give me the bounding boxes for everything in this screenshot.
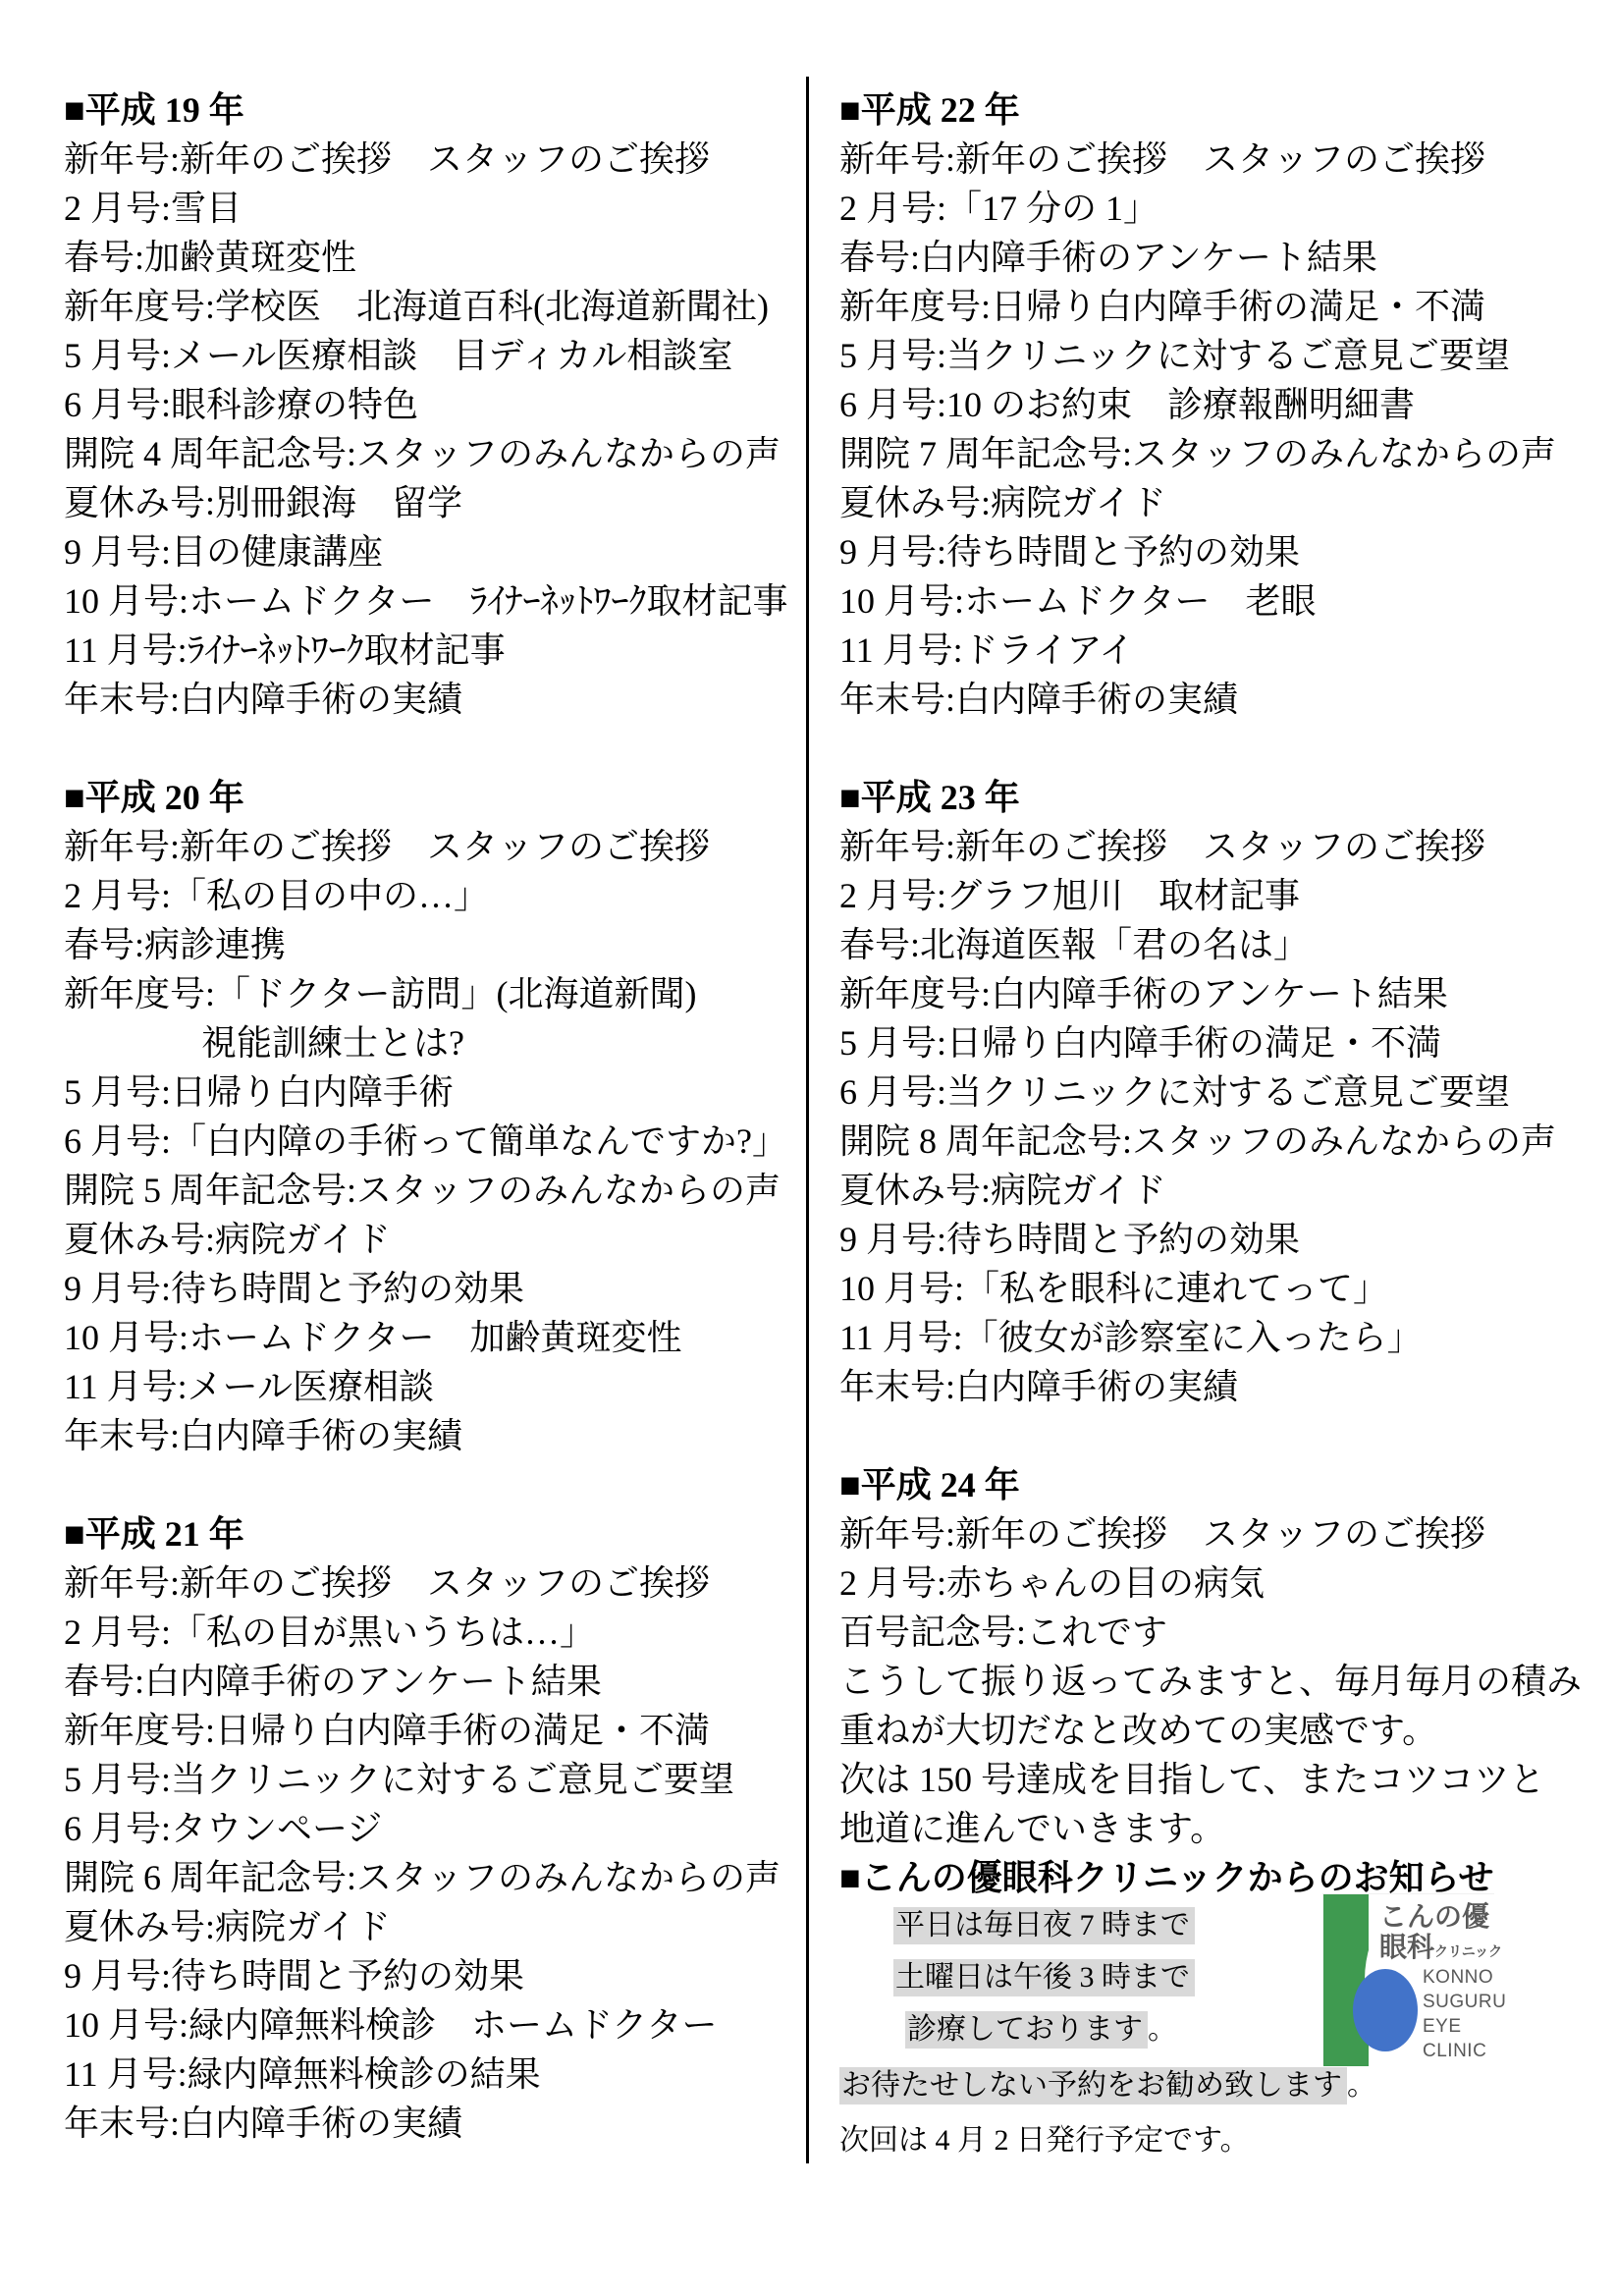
year-heading: ■平成 23 年 <box>839 773 1578 822</box>
issue-line: 新年度号:日帰り白内障手術の満足・不満 <box>64 1706 802 1755</box>
issue-line: 年末号:白内障手術の実績 <box>839 675 1578 724</box>
issue-line: 新年号:新年のご挨拶 スタッフのご挨拶 <box>64 135 802 184</box>
issue-line: 9 月号:待ち時間と予約の効果 <box>64 1951 802 2000</box>
year-section-h19: ■平成 19 年 新年号:新年のご挨拶 スタッフのご挨拶 2 月号:雪目 春号:… <box>64 85 802 724</box>
issue-line: 10 月号:ホームドクター 老眼 <box>839 576 1578 626</box>
issue-line: 10 月号:ホームドクター ﾗｲﾅｰﾈｯﾄﾜｰｸ取材記事 <box>64 576 802 626</box>
issue-line: 年末号:白内障手術の実績 <box>64 2099 802 2148</box>
issue-line: 春号:北海道医報「君の名は」 <box>839 920 1578 969</box>
logo-en-line: CLINIC <box>1423 2039 1506 2063</box>
issue-line: 10 月号:ホームドクター 加齢黄斑変性 <box>64 1313 802 1362</box>
line-tail: 。 <box>1347 2069 1376 2102</box>
issue-line: 春号:病診連携 <box>64 920 802 969</box>
issue-line: 夏休み号:別冊銀海 留学 <box>64 478 802 527</box>
issue-line: 新年号:新年のご挨拶 スタッフのご挨拶 <box>64 1558 802 1608</box>
logo-clinic-name-jp2: 眼科クリニック <box>1379 1926 1502 1965</box>
issue-line: 5 月号:メール医療相談 目ディカル相談室 <box>64 331 802 380</box>
closing-text-line: 重ねが大切だなと改めての実感です。 <box>839 1706 1578 1755</box>
logo-green-band <box>1323 1894 1369 2066</box>
issue-line: 9 月号:待ち時間と予約の効果 <box>839 527 1578 576</box>
issue-line: 新年号:新年のご挨拶 スタッフのご挨拶 <box>839 822 1578 871</box>
closing-text-line: 地道に進んでいきます。 <box>839 1804 1578 1853</box>
issue-line: 11 月号:ドライアイ <box>839 626 1578 675</box>
highlighted-text: 平日は毎日夜 7 時まで <box>893 1907 1195 1944</box>
issue-line: 新年号:新年のご挨拶 スタッフのご挨拶 <box>64 822 802 871</box>
issue-line: 2 月号:赤ちゃんの目の病気 <box>839 1558 1578 1608</box>
year-section-h24: ■平成 24 年 新年号:新年のご挨拶 スタッフのご挨拶 2 月号:赤ちゃんの目… <box>839 1460 1578 1853</box>
issue-line: 春号:白内障手術のアンケート結果 <box>839 233 1578 282</box>
issue-line: 9 月号:目の健康講座 <box>64 527 802 576</box>
issue-line: 11 月号:緑内障無料検診の結果 <box>64 2050 802 2099</box>
reservation-line: お待たせしない予約をお勧め致します。 <box>839 2066 1578 2105</box>
year-section-h22: ■平成 22 年 新年号:新年のご挨拶 スタッフのご挨拶 2 月号:「17 分の… <box>839 85 1578 724</box>
issue-line: 夏休み号:病院ガイド <box>839 478 1578 527</box>
logo-ganka-text: 眼科 <box>1379 1932 1434 1962</box>
highlighted-text: 土曜日は午後 3 時まで <box>893 1959 1195 1996</box>
issue-line: 新年度号:日帰り白内障手術の満足・不満 <box>839 282 1578 331</box>
logo-blue-eye <box>1353 1969 1418 2051</box>
issue-line: 6 月号:10 のお約束 診療報酬明細書 <box>839 380 1578 429</box>
issue-line: 9 月号:待ち時間と予約の効果 <box>839 1215 1578 1264</box>
issue-line: 新年度号:「ドクター訪問」(北海道新聞) <box>64 969 802 1018</box>
year-section-h21: ■平成 21 年 新年号:新年のご挨拶 スタッフのご挨拶 2 月号:「私の目が黒… <box>64 1509 802 2148</box>
year-heading: ■平成 19 年 <box>64 85 802 135</box>
issue-line: 年末号:白内障手術の実績 <box>64 675 802 724</box>
logo-en-line: EYE <box>1423 2014 1506 2039</box>
issue-line: 5 月号:日帰り白内障手術の満足・不満 <box>839 1018 1578 1067</box>
issue-line: 百号記念号:これです <box>839 1608 1578 1657</box>
issue-line: 9 月号:待ち時間と予約の効果 <box>64 1264 802 1313</box>
issue-line: 年末号:白内障手術の実績 <box>64 1411 802 1460</box>
issue-line: 新年度号:学校医 北海道百科(北海道新聞社) <box>64 282 802 331</box>
column-divider <box>806 77 809 2163</box>
logo-clinic-name-en: KONNO SUGURU EYE CLINIC <box>1423 1965 1506 2063</box>
issue-line: 開院 7 周年記念号:スタッフのみんなからの声 <box>839 429 1578 478</box>
year-heading: ■平成 20 年 <box>64 773 802 822</box>
closing-text-line: こうして振り返ってみますと、毎月毎月の積み <box>839 1657 1578 1706</box>
issue-line: 開院 8 周年記念号:スタッフのみんなからの声 <box>839 1117 1578 1166</box>
issue-line-wrapped: 視能訓練士とは? <box>201 1018 802 1067</box>
issue-line: 2 月号:「17 分の 1」 <box>839 184 1578 233</box>
issue-line: 新年度号:白内障手術のアンケート結果 <box>839 969 1578 1018</box>
logo-en-line: KONNO <box>1423 1965 1506 1990</box>
issue-line: 2 月号:グラフ旭川 取材記事 <box>839 871 1578 920</box>
logo-clinic-suffix: クリニック <box>1434 1943 1502 1959</box>
issue-line: 10 月号:「私を眼科に連れてって」 <box>839 1264 1578 1313</box>
issue-line: 開院 6 周年記念号:スタッフのみんなからの声 <box>64 1853 802 1902</box>
year-heading: ■平成 21 年 <box>64 1509 802 1558</box>
year-section-h20: ■平成 20 年 新年号:新年のご挨拶 スタッフのご挨拶 2 月号:「私の目の中… <box>64 773 802 1460</box>
highlighted-text: お待たせしない予約をお勧め致します <box>839 2067 1347 2105</box>
issue-line: 年末号:白内障手術の実績 <box>839 1362 1578 1411</box>
issue-line: 5 月号:日帰り白内障手術 <box>64 1067 802 1117</box>
issue-line: 5 月号:当クリニックに対するご意見ご要望 <box>839 331 1578 380</box>
right-column: ■平成 22 年 新年号:新年のご挨拶 スタッフのご挨拶 2 月号:「17 分の… <box>839 85 1578 2160</box>
year-section-h23: ■平成 23 年 新年号:新年のご挨拶 スタッフのご挨拶 2 月号:グラフ旭川 … <box>839 773 1578 1411</box>
issue-line: 夏休み号:病院ガイド <box>64 1902 802 1951</box>
issue-line: 開院 5 周年記念号:スタッフのみんなからの声 <box>64 1166 802 1215</box>
issue-line: 春号:白内障手術のアンケート結果 <box>64 1657 802 1706</box>
issue-line: 6 月号:タウンページ <box>64 1804 802 1853</box>
issue-line: 2 月号:「私の目の中の…」 <box>64 871 802 920</box>
year-heading: ■平成 24 年 <box>839 1460 1578 1509</box>
issue-line: 開院 4 周年記念号:スタッフのみんなからの声 <box>64 429 802 478</box>
clinic-logo: こんの優 眼科クリニック KONNO SUGURU EYE CLINIC <box>1322 1893 1494 2065</box>
next-issue-line: 次回は 4 月 2 日発行予定です。 <box>839 2121 1578 2160</box>
year-heading: ■平成 22 年 <box>839 85 1578 135</box>
issue-line: 2 月号:雪目 <box>64 184 802 233</box>
left-column: ■平成 19 年 新年号:新年のご挨拶 スタッフのご挨拶 2 月号:雪目 春号:… <box>64 85 802 2148</box>
issue-line: 5 月号:当クリニックに対するご意見ご要望 <box>64 1755 802 1804</box>
line-tail: 。 <box>1148 2013 1177 2046</box>
issue-line: 春号:加齢黄斑変性 <box>64 233 802 282</box>
closing-text-line: 次は 150 号達成を目指して、またコツコツと <box>839 1755 1578 1804</box>
issue-line: 夏休み号:病院ガイド <box>64 1215 802 1264</box>
issue-line: 6 月号:当クリニックに対するご意見ご要望 <box>839 1067 1578 1117</box>
issue-line: 2 月号:「私の目が黒いうちは…」 <box>64 1608 802 1657</box>
logo-en-line: SUGURU <box>1423 1990 1506 2014</box>
issue-line: 新年号:新年のご挨拶 スタッフのご挨拶 <box>839 1509 1578 1558</box>
issue-line: 10 月号:緑内障無料検診 ホームドクター <box>64 2000 802 2050</box>
issue-line: 6 月号:眼科診療の特色 <box>64 380 802 429</box>
newsletter-history-page: ■平成 19 年 新年号:新年のご挨拶 スタッフのご挨拶 2 月号:雪目 春号:… <box>0 0 1616 2296</box>
issue-line: 新年号:新年のご挨拶 スタッフのご挨拶 <box>839 135 1578 184</box>
issue-line: 11 月号:ﾗｲﾅｰﾈｯﾄﾜｰｸ取材記事 <box>64 626 802 675</box>
issue-line: 夏休み号:病院ガイド <box>839 1166 1578 1215</box>
issue-line: 11 月号:「彼女が診察室に入ったら」 <box>839 1313 1578 1362</box>
issue-line: 6 月号:「白内障の手術って簡単なんですか?」 <box>64 1117 802 1166</box>
issue-line: 11 月号:メール医療相談 <box>64 1362 802 1411</box>
highlighted-text: 診療しております <box>905 2011 1148 2049</box>
